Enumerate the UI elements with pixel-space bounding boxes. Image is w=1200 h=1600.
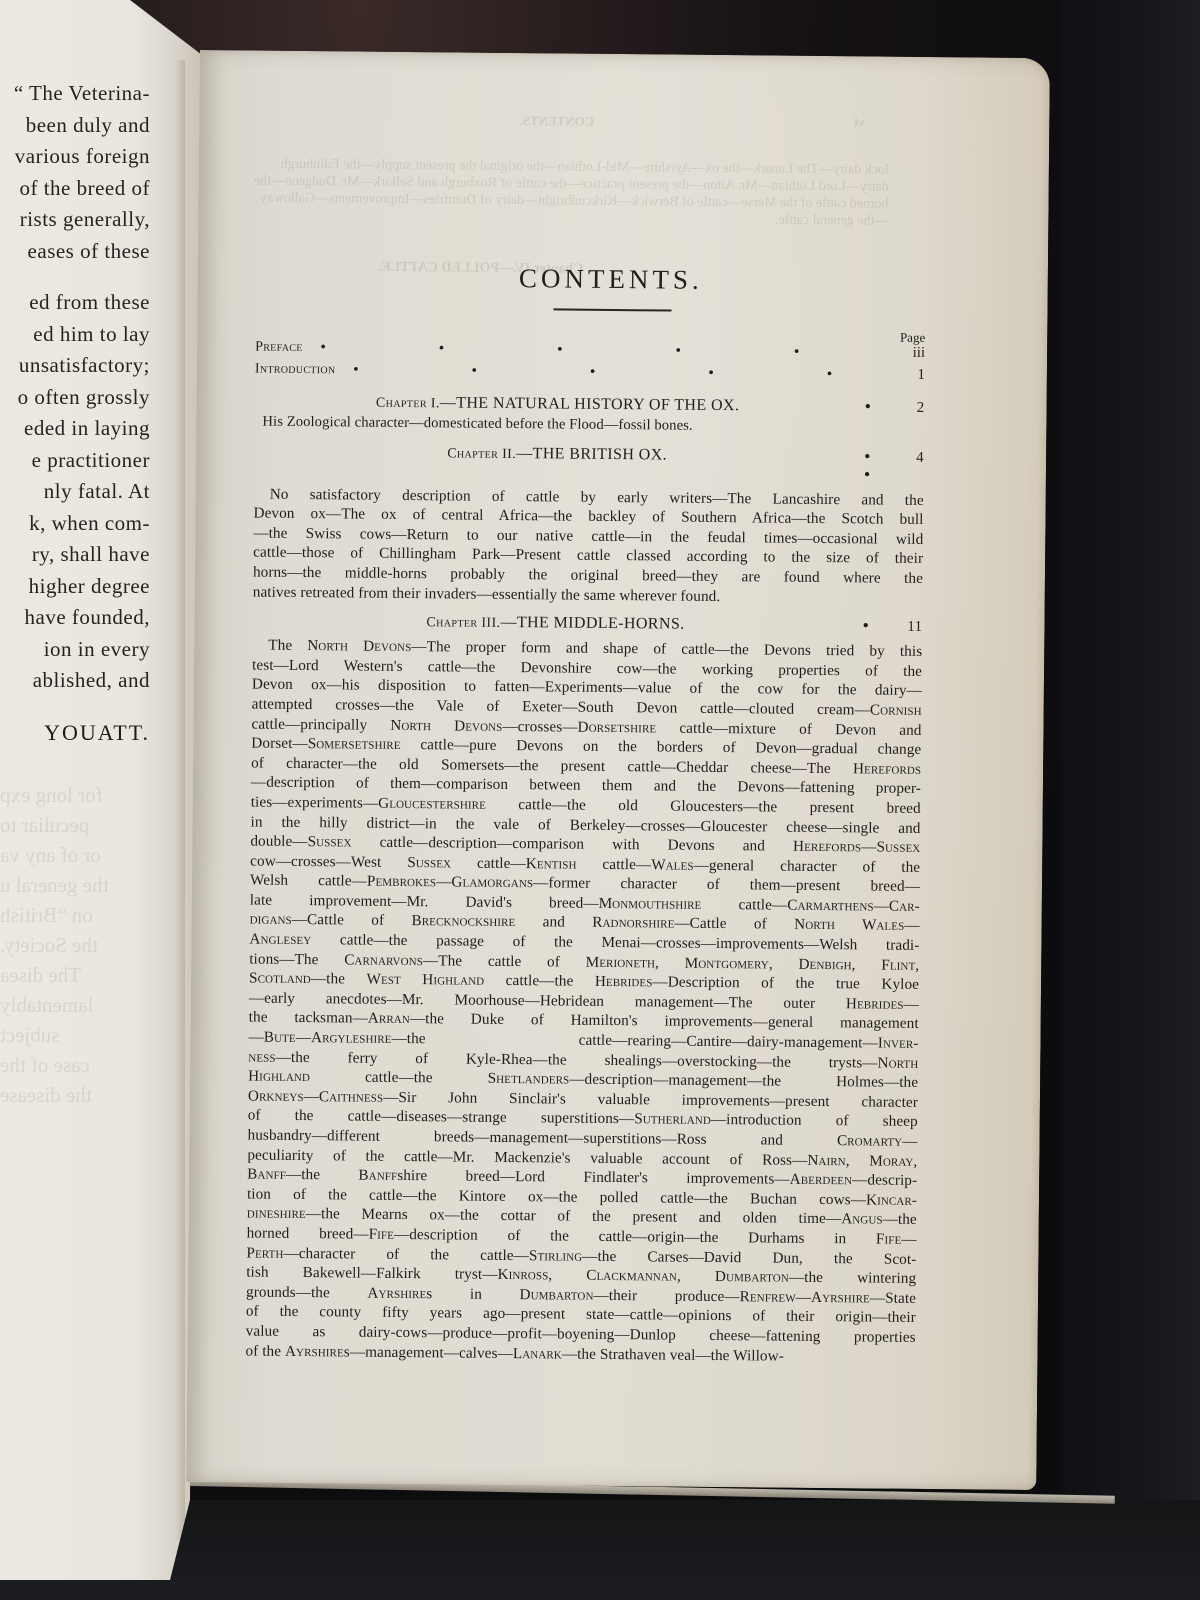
leader-dots: • • • • • • •	[303, 340, 898, 362]
place-name: Brecknockshire	[411, 913, 515, 931]
leader-dots: •	[818, 617, 898, 636]
place-name: Carmarthens	[787, 897, 874, 915]
place-name: Inver-	[878, 1035, 919, 1052]
place-name: Banff	[247, 1166, 286, 1183]
title-rule	[554, 308, 672, 311]
place-name: Somersetshire	[308, 735, 401, 753]
front-matter-list: Preface• • • • • • •iiiIntroduction• • •…	[255, 339, 925, 389]
left-page-line: rists generally,	[0, 204, 150, 236]
place-name: Bute	[264, 1029, 296, 1046]
left-page-line: eded in laying	[0, 413, 150, 445]
place-name: Dorsetshire	[577, 718, 656, 736]
chapter-heading: Chapter II.—THE BRITISH OX.• •4	[254, 442, 924, 484]
left-page-line: unsatisfactory;	[0, 350, 150, 382]
chapter-number: Chapter III.	[426, 615, 500, 631]
place-name: Montgomery	[685, 954, 769, 972]
place-name: Dumbarton	[520, 1286, 594, 1304]
place-name: Orkneys	[248, 1087, 304, 1105]
place-name: Merioneth	[586, 953, 656, 971]
chapter-name: —THE MIDDLE-HORNS.	[500, 614, 684, 633]
left-page-line: been duly and	[0, 110, 150, 142]
place-name: Ayrshire	[367, 1284, 426, 1302]
place-name: Dumbarton	[715, 1268, 789, 1286]
place-name: Shetlanders	[488, 1070, 570, 1088]
place-name: Wales	[651, 856, 694, 873]
place-name: Scotland	[249, 970, 311, 988]
toc-page-number: 1	[897, 367, 925, 384]
place-name: North Devons	[307, 637, 411, 655]
left-page-line: higher degree	[0, 571, 150, 603]
place-name: Sutherland	[634, 1111, 711, 1129]
chapter-number: Chapter II.	[447, 446, 516, 462]
contents-page: CONTENTS. Page Preface• • • • • • •iiiIn…	[245, 261, 926, 1368]
left-page-line: have founded,	[0, 602, 150, 634]
place-name: Arran	[368, 1010, 410, 1027]
chapter-page-number: 11	[898, 619, 922, 636]
left-page-line: eases of these	[0, 236, 150, 268]
summary-line: His Zoological character—domesticated be…	[254, 413, 924, 439]
place-name: Lanark	[513, 1345, 562, 1362]
place-name: Sussex	[407, 854, 451, 871]
place-name: Ayrshire	[285, 1342, 344, 1360]
left-page-line: o often grossly	[0, 382, 150, 414]
bleed-paragraph: lock dairy—The Lanark—the ox—Ayrshire—Mi…	[248, 155, 889, 229]
left-page-line: ion in every	[0, 634, 150, 666]
place-name: Perth	[246, 1244, 283, 1261]
left-page-line: ed from these	[0, 287, 150, 319]
left-page-line	[0, 267, 150, 287]
place-name: Sussex	[308, 833, 352, 850]
bleed-page-number: vi	[854, 114, 864, 130]
left-page-line: k, when com-	[0, 508, 150, 540]
chapter-title: Chapter II.—THE BRITISH OX.	[254, 442, 820, 465]
place-name: Car-	[889, 898, 920, 915]
toc-page-number: iii	[897, 345, 925, 362]
background-dark-fabric	[1060, 0, 1200, 1600]
left-page-line: various foreign	[0, 141, 150, 173]
left-page-line: nly fatal. At	[0, 476, 150, 508]
place-name: Ayrshire	[811, 1289, 870, 1307]
place-name: Denbigh	[798, 955, 851, 973]
place-name: Herefords	[853, 760, 921, 778]
leader-dots: •	[821, 398, 901, 417]
place-name: Angus	[841, 1211, 883, 1228]
leader-dots: • •	[820, 448, 900, 485]
place-name: Sussex	[876, 839, 920, 856]
place-name: Carnarvons	[344, 951, 423, 969]
place-name: Stirling	[529, 1247, 582, 1265]
place-name: Flint	[881, 956, 915, 973]
place-name: Argyleshire	[311, 1029, 392, 1047]
chapter-page-number: 4	[900, 449, 924, 466]
place-name: Glamorgans	[451, 874, 533, 892]
place-name: Caithness	[319, 1088, 383, 1106]
chapter-summary: No satisfactory description of cattle by…	[253, 484, 924, 608]
toc-entry-label: Preface	[255, 340, 303, 356]
chapter-title: Chapter III.—THE MIDDLE-HORNS.	[252, 612, 818, 635]
place-name: digans	[250, 911, 292, 928]
place-name: Pembrokes	[367, 873, 436, 891]
place-name: Fife	[876, 1231, 902, 1248]
place-name: Moray	[869, 1152, 913, 1169]
left-page-line: ry, shall have	[0, 539, 150, 571]
place-name: Kentish	[526, 855, 577, 872]
place-name: North	[877, 1054, 918, 1071]
place-name: Gloucestershire	[378, 795, 486, 813]
place-name: North Devons	[390, 716, 502, 734]
place-name: Radnorshire	[592, 914, 674, 932]
place-name: Fife	[369, 1226, 395, 1243]
place-name: Kincar-	[866, 1191, 917, 1208]
leader-dots: • • • • • • •	[335, 362, 897, 383]
place-name: Clackmannan	[586, 1267, 677, 1285]
left-page-text: “ The Veterina-been duly andvarious fore…	[0, 78, 150, 697]
chapter-summary: The North Devons—The proper form and sha…	[245, 636, 922, 1367]
chapter-list: Chapter I.—THE NATURAL HISTORY OF THE OX…	[245, 393, 924, 1368]
place-name: ness	[248, 1048, 275, 1065]
chapter-summary: His Zoological character—domesticated be…	[254, 413, 924, 439]
left-page-line: of the breed of	[0, 173, 150, 205]
author-signature: YOUATT.	[0, 720, 150, 746]
right-page: CONTENTS. vi lock dairy—The Lanark—the o…	[186, 50, 1050, 1490]
place-name: Herefords	[793, 838, 861, 856]
bleed-running-head: CONTENTS.	[519, 113, 594, 130]
place-name: North Wales	[794, 916, 904, 934]
left-page-line: “ The Veterina-	[0, 78, 150, 110]
place-name: Cornish	[870, 701, 922, 718]
toc-entry-label: Introduction	[255, 362, 336, 379]
left-page-line: ed him to lay	[0, 319, 150, 351]
place-name: Banff	[358, 1167, 397, 1184]
chapter-number: Chapter I.	[376, 396, 440, 412]
place-name: Kinross	[497, 1266, 548, 1283]
left-page-bleed-through: for long exp peculiar to or of any va th…	[0, 780, 150, 1110]
page-title: CONTENTS.	[296, 261, 926, 298]
place-name: dineshire	[247, 1205, 306, 1223]
left-page: “ The Veterina-been duly andvarious fore…	[0, 0, 202, 1580]
place-name: Renfrew	[740, 1288, 796, 1306]
place-name: Hebrides	[595, 973, 653, 991]
chapter-page-number: 2	[901, 400, 925, 417]
left-page-line: ablished, and	[0, 665, 150, 697]
place-name: Highland	[248, 1068, 310, 1086]
place-name: Hebrides	[846, 995, 904, 1013]
chapter-heading: Chapter III.—THE MIDDLE-HORNS.•11	[252, 612, 922, 636]
chapter-name: —THE NATURAL HISTORY OF THE OX.	[440, 394, 740, 414]
place-name: Aberdeen	[790, 1171, 853, 1189]
place-name: West Highland	[366, 971, 484, 989]
place-name: Monmouthshire	[599, 895, 702, 913]
chapter-name: —THE BRITISH OX.	[516, 445, 667, 463]
place-name: Nairn	[807, 1151, 846, 1168]
place-name: Cromarty	[837, 1132, 902, 1150]
place-name: Anglesey	[249, 931, 311, 949]
left-page-line: e practitioner	[0, 445, 150, 477]
page-curl-shadow	[175, 60, 185, 1540]
